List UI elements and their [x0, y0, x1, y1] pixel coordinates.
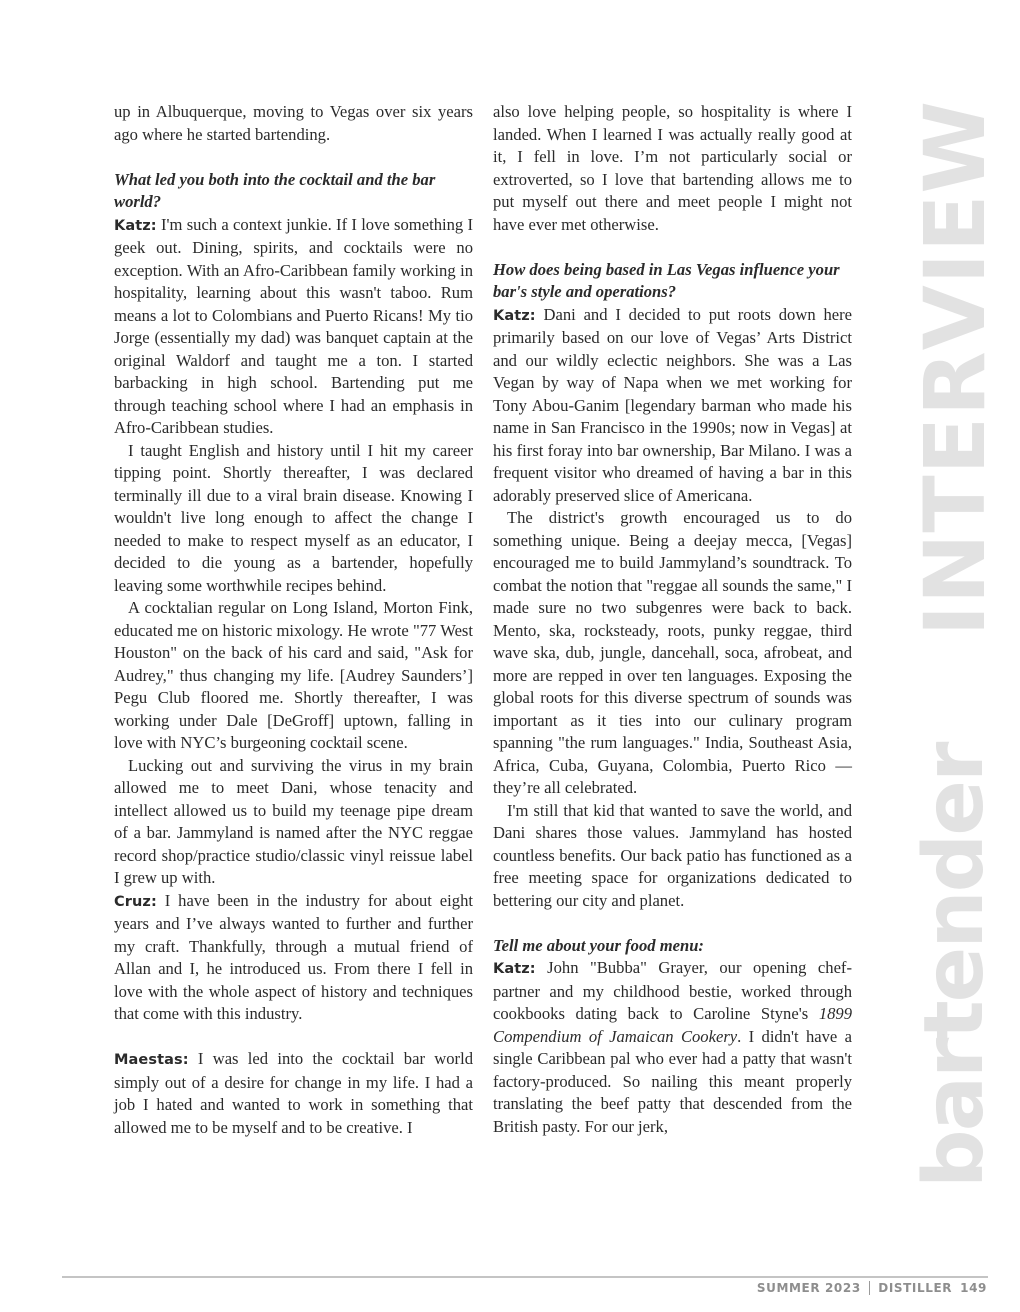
answer-cruz: Cruz: I have been in the industry for ab…: [114, 890, 473, 1026]
magazine-page: up in Albuquerque, moving to Vegas over …: [0, 0, 1020, 1312]
section-label-word-interview: INTERVIEW: [924, 100, 986, 636]
answer-text: I'm such a context junkie. If I love som…: [114, 215, 473, 438]
answer-katz-1: Katz: I'm such a context junkie. If I lo…: [114, 214, 473, 440]
speaker-label-cruz: Cruz:: [114, 894, 157, 910]
page-number: 149: [960, 1281, 987, 1295]
speaker-label-maestas: Maestas:: [114, 1052, 189, 1068]
section-label-text: bartender INTERVIEW: [924, 100, 986, 1188]
footer-magazine-name: DISTILLER: [878, 1281, 952, 1295]
paragraph-maestas-continued: also love helping people, so hospitality…: [493, 101, 852, 236]
answer-katz-2: Katz: Dani and I decided to put roots do…: [493, 304, 852, 508]
paragraph-gap: [114, 1026, 473, 1049]
answer-text: John "Bubba" Grayer, our opening chef-pa…: [493, 958, 852, 1023]
right-text-column: also love helping people, so hospitality…: [493, 101, 852, 1138]
interview-question-2: How does being based in Las Vegas influe…: [493, 259, 852, 304]
paragraph-gap: [493, 912, 852, 935]
speaker-label-katz: Katz:: [493, 308, 536, 324]
paragraph-jammyland-name: Lucking out and surviving the virus in m…: [114, 755, 473, 890]
page-footer: SUMMER 2023 DISTILLER 149: [757, 1281, 987, 1295]
paragraph-intro-continued: up in Albuquerque, moving to Vegas over …: [114, 101, 473, 146]
answer-katz-3: Katz: John "Bubba" Grayer, our opening c…: [493, 957, 852, 1138]
interview-question-1: What led you both into the cocktail and …: [114, 169, 473, 214]
paragraph-district-growth: The district's growth encouraged us to d…: [493, 507, 852, 800]
paragraph-gap: [493, 236, 852, 259]
speaker-label-katz: Katz:: [493, 961, 536, 977]
section-label-word-bartender: bartender: [924, 744, 986, 1188]
left-text-column: up in Albuquerque, moving to Vegas over …: [114, 101, 473, 1139]
answer-text: I have been in the industry for about ei…: [114, 891, 473, 1024]
paragraph-teaching: I taught English and history until I hit…: [114, 440, 473, 598]
footer-separator: [869, 1281, 871, 1295]
speaker-label-katz: Katz:: [114, 218, 157, 234]
paragraph-cocktalian: A cocktalian regular on Long Island, Mor…: [114, 597, 473, 755]
footer-issue: SUMMER 2023: [757, 1281, 861, 1295]
section-label-vertical: bartender INTERVIEW: [924, 100, 986, 1188]
answer-maestas: Maestas: I was led into the cocktail bar…: [114, 1048, 473, 1139]
interview-question-3: Tell me about your food menu:: [493, 935, 852, 958]
paragraph-save-the-world: I'm still that kid that wanted to save t…: [493, 800, 852, 913]
answer-text: Dani and I decided to put roots down her…: [493, 305, 852, 505]
paragraph-gap: [114, 146, 473, 169]
footer-divider: [62, 1276, 988, 1278]
